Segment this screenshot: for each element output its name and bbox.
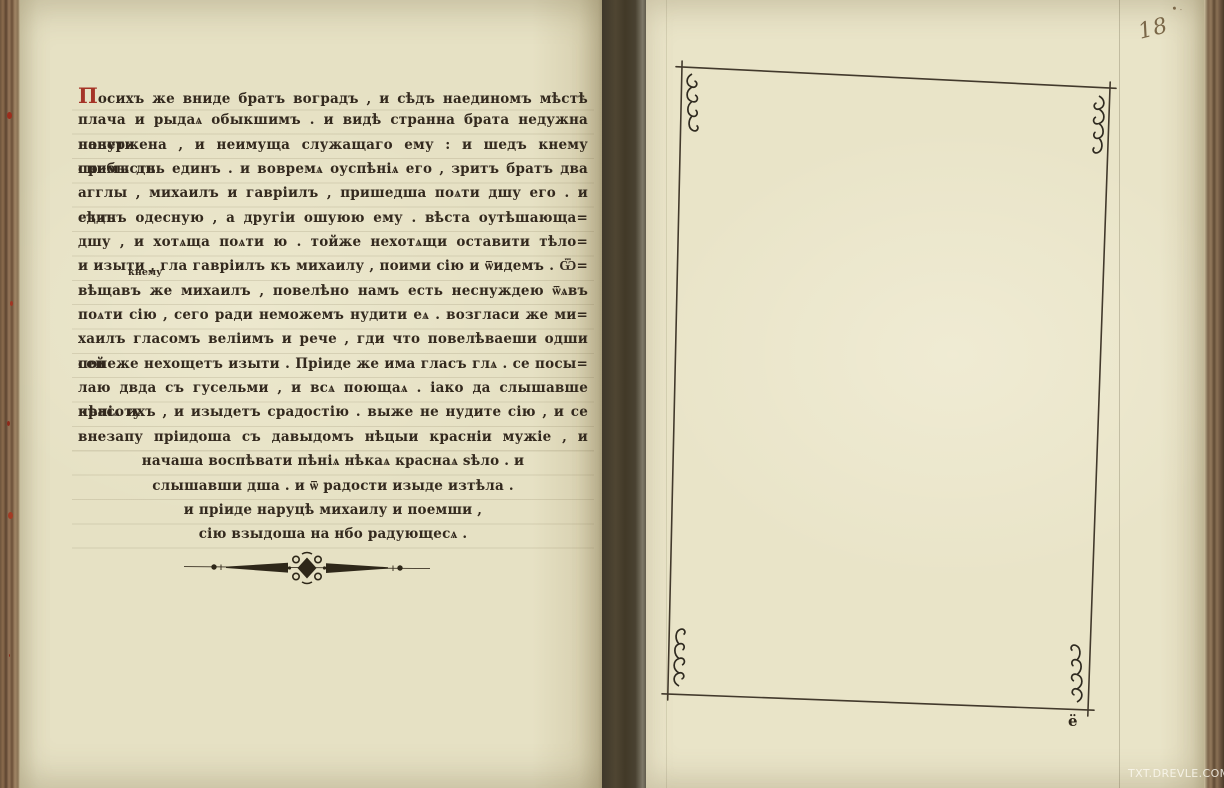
text-line: начаша воспѣвати пѣніѧ нѣкаѧ краснаѧ ѕѣл…	[78, 449, 588, 473]
text-line: пѣніѧ ихъ , и изыдетъ срадостію . выже н…	[78, 400, 588, 424]
text-line: внезапу пріидоша съ давыдомъ нѣцыи красн…	[78, 425, 588, 449]
text-line: хаилъ гласомъ веліимъ и рече , гди что п…	[78, 327, 588, 351]
corner-flourish-top-left	[687, 74, 698, 131]
text-line: понеже нехощетъ изыти . Пріиде же има гл…	[78, 352, 588, 376]
quire-signature: ё	[1068, 712, 1078, 730]
text-line: и пріиде наруцѣ михаилу и поемши ,	[78, 498, 588, 522]
corner-flourish-bottom-left	[674, 629, 685, 686]
text-line-rest: осихъ же вниде братъ воградъ , и сѣдъ на…	[98, 91, 588, 107]
superscript-insertion: кнему	[128, 267, 162, 278]
text-line: агглы , михаилъ и гавріилъ , пришедша по…	[78, 181, 588, 205]
corner-flourish-bottom-right	[1071, 645, 1082, 702]
text-line: дшу , и хотѧща поѧти ю . тойже нехотѧщи …	[78, 230, 588, 254]
text-line: поѧти сію , сего ради неможемъ нудити еѧ…	[78, 303, 588, 327]
text-line: повержена , и неимуща служащаго ему : и …	[78, 133, 588, 157]
text-line: плача и рыдаѧ обыкшимъ . и видѣ странна …	[78, 108, 588, 132]
text-line: сію взыдоша на нбо радующесѧ .	[78, 522, 588, 546]
text-block: Посихъ же вниде братъ воградъ , и сѣдъ н…	[78, 84, 588, 547]
binding-red-specks	[7, 112, 12, 119]
text-line: лаю двда съ гусельми , и всѧ поющаѧ . іа…	[78, 376, 588, 400]
page-frame	[640, 0, 1224, 788]
drop-cap-initial: П	[78, 83, 98, 108]
text-line: слышавши дша . и ѿ радости изыде изтѣла …	[78, 474, 588, 498]
text-line: вѣщавъ же михаилъ , повелѣно намъ есть н…	[78, 279, 588, 303]
text-line: снимъ днь единъ . и вовремѧ оуспѣніѧ его…	[78, 157, 588, 181]
corner-flourish-top-right	[1093, 96, 1104, 153]
text-line: единъ одесную , а другіи ошуюю ему . вѣс…	[78, 206, 588, 230]
watermark: TXT.DREVLE.COM	[1128, 767, 1224, 780]
text-line: Посихъ же вниде братъ воградъ , и сѣдъ н…	[78, 84, 588, 108]
book-scan: Посихъ же вниде братъ воградъ , и сѣдъ н…	[0, 0, 1224, 788]
book-binding-edge-left	[0, 0, 20, 788]
tailpiece-ornament	[182, 550, 432, 586]
